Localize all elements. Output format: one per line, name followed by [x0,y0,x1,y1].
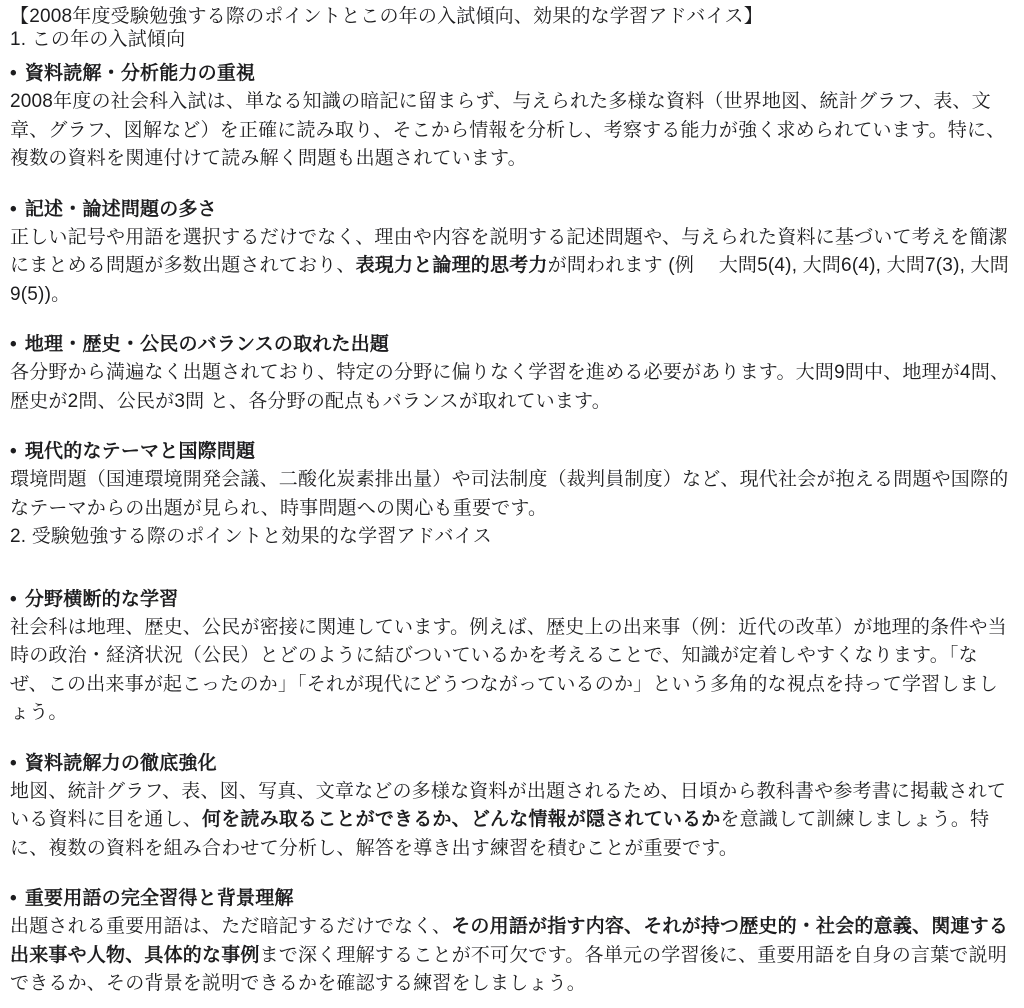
section-body: 正しい記号や用語を選択するだけでなく、理由や内容を説明する記述問題や、与えられた… [10,224,1014,310]
section-heading-text: 分野横断的な学習 [25,589,179,610]
section-body: 環境問題（国連環境開発会議、二酸化炭素排出量）や司法制度（裁判員制度）など、現代… [10,466,1014,523]
section-heading-text: 資料読解力の徹底強化 [25,753,217,774]
section-heading: •地理・歴史・公民のバランスの取れた出題 [10,331,1014,359]
body-bold-text: 表現力と論理的思考力 [356,255,548,276]
bullet-icon: • [10,331,17,359]
section-heading: •資料読解・分析能力の重視 [10,60,1014,88]
bullet-icon: • [10,196,17,224]
section-data-reading-emphasis: •資料読解・分析能力の重視 2008年度の社会科入試は、単なる知識の暗記に留まら… [10,60,1014,174]
body-text: 環境問題（国連環境開発会議、二酸化炭素排出量）や司法制度（裁判員制度）など、現代… [10,469,1008,519]
section-heading-text: 記述・論述問題の多さ [25,199,217,220]
bullet-icon: • [10,60,17,88]
study-advice-document: 【2008年度受験勉強する際のポイントとこの年の入試傾向、効果的な学習アドバイス… [0,0,1024,999]
section-body: 地図、統計グラフ、表、図、写真、文章などの多様な資料が出題されるため、日頃から教… [10,778,1014,864]
document-title: 【2008年度受験勉強する際のポイントとこの年の入試傾向、効果的な学習アドバイス… [10,5,1014,28]
bullet-icon: • [10,586,17,614]
body-text: 出題される重要用語は、ただ暗記するだけでなく、 [10,916,451,937]
section-cross-field-study: •分野横断的な学習 社会科は地理、歴史、公民が密接に関連しています。例えば、歴史… [10,586,1014,728]
section-body: 各分野から満遍なく出題されており、特定の分野に偏りなく学習を進める必要があります… [10,359,1014,416]
body-text: 社会科は地理、歴史、公民が密接に関連しています。例えば、歴史上の出来事（例：近代… [10,617,1007,724]
part1-label: 1. この年の入試傾向 [10,28,1014,51]
section-heading-text: 現代的なテーマと国際問題 [25,441,255,462]
section-heading: •分野横断的な学習 [10,586,1014,614]
section-data-reading-training: •資料読解力の徹底強化 地図、統計グラフ、表、図、写真、文章などの多様な資料が出… [10,750,1014,864]
section-heading-text: 資料読解・分析能力の重視 [25,63,255,84]
body-bold-text: 何を読み取ることができるか、どんな情報が隠されているか [202,809,720,830]
section-balanced-coverage: •地理・歴史・公民のバランスの取れた出題 各分野から満遍なく出題されており、特定… [10,331,1014,416]
part2-label: 2. 受験勉強する際のポイントと効果的な学習アドバイス [10,523,1014,552]
section-heading: •現代的なテーマと国際問題 [10,438,1014,466]
section-heading-text: 地理・歴史・公民のバランスの取れた出題 [25,334,389,355]
document-header: 【2008年度受験勉強する際のポイントとこの年の入試傾向、効果的な学習アドバイス… [10,5,1014,51]
section-body: 出題される重要用語は、ただ暗記するだけでなく、その用語が指す内容、それが持つ歴史… [10,913,1014,999]
section-body: 2008年度の社会科入試は、単なる知識の暗記に留まらず、与えられた多様な資料（世… [10,88,1014,174]
bullet-icon: • [10,750,17,778]
section-heading-text: 重要用語の完全習得と背景理解 [25,888,294,909]
section-written-response: •記述・論述問題の多さ 正しい記号や用語を選択するだけでなく、理由や内容を説明す… [10,196,1014,310]
body-text: 2008年度の社会科入試は、単なる知識の暗記に留まらず、与えられた多様な資料（世… [10,91,1005,169]
body-text: 各分野から満遍なく出題されており、特定の分野に偏りなく学習を進める必要があります… [10,362,1009,412]
section-heading: •重要用語の完全習得と背景理解 [10,885,1014,913]
section-heading: •記述・論述問題の多さ [10,196,1014,224]
bullet-icon: • [10,438,17,466]
section-body: 社会科は地理、歴史、公民が密接に関連しています。例えば、歴史上の出来事（例：近代… [10,614,1014,728]
section-modern-themes: •現代的なテーマと国際問題 環境問題（国連環境開発会議、二酸化炭素排出量）や司法… [10,438,1014,523]
section-heading: •資料読解力の徹底強化 [10,750,1014,778]
bullet-icon: • [10,885,17,913]
section-key-terms-mastery: •重要用語の完全習得と背景理解 出題される重要用語は、ただ暗記するだけでなく、そ… [10,885,1014,999]
